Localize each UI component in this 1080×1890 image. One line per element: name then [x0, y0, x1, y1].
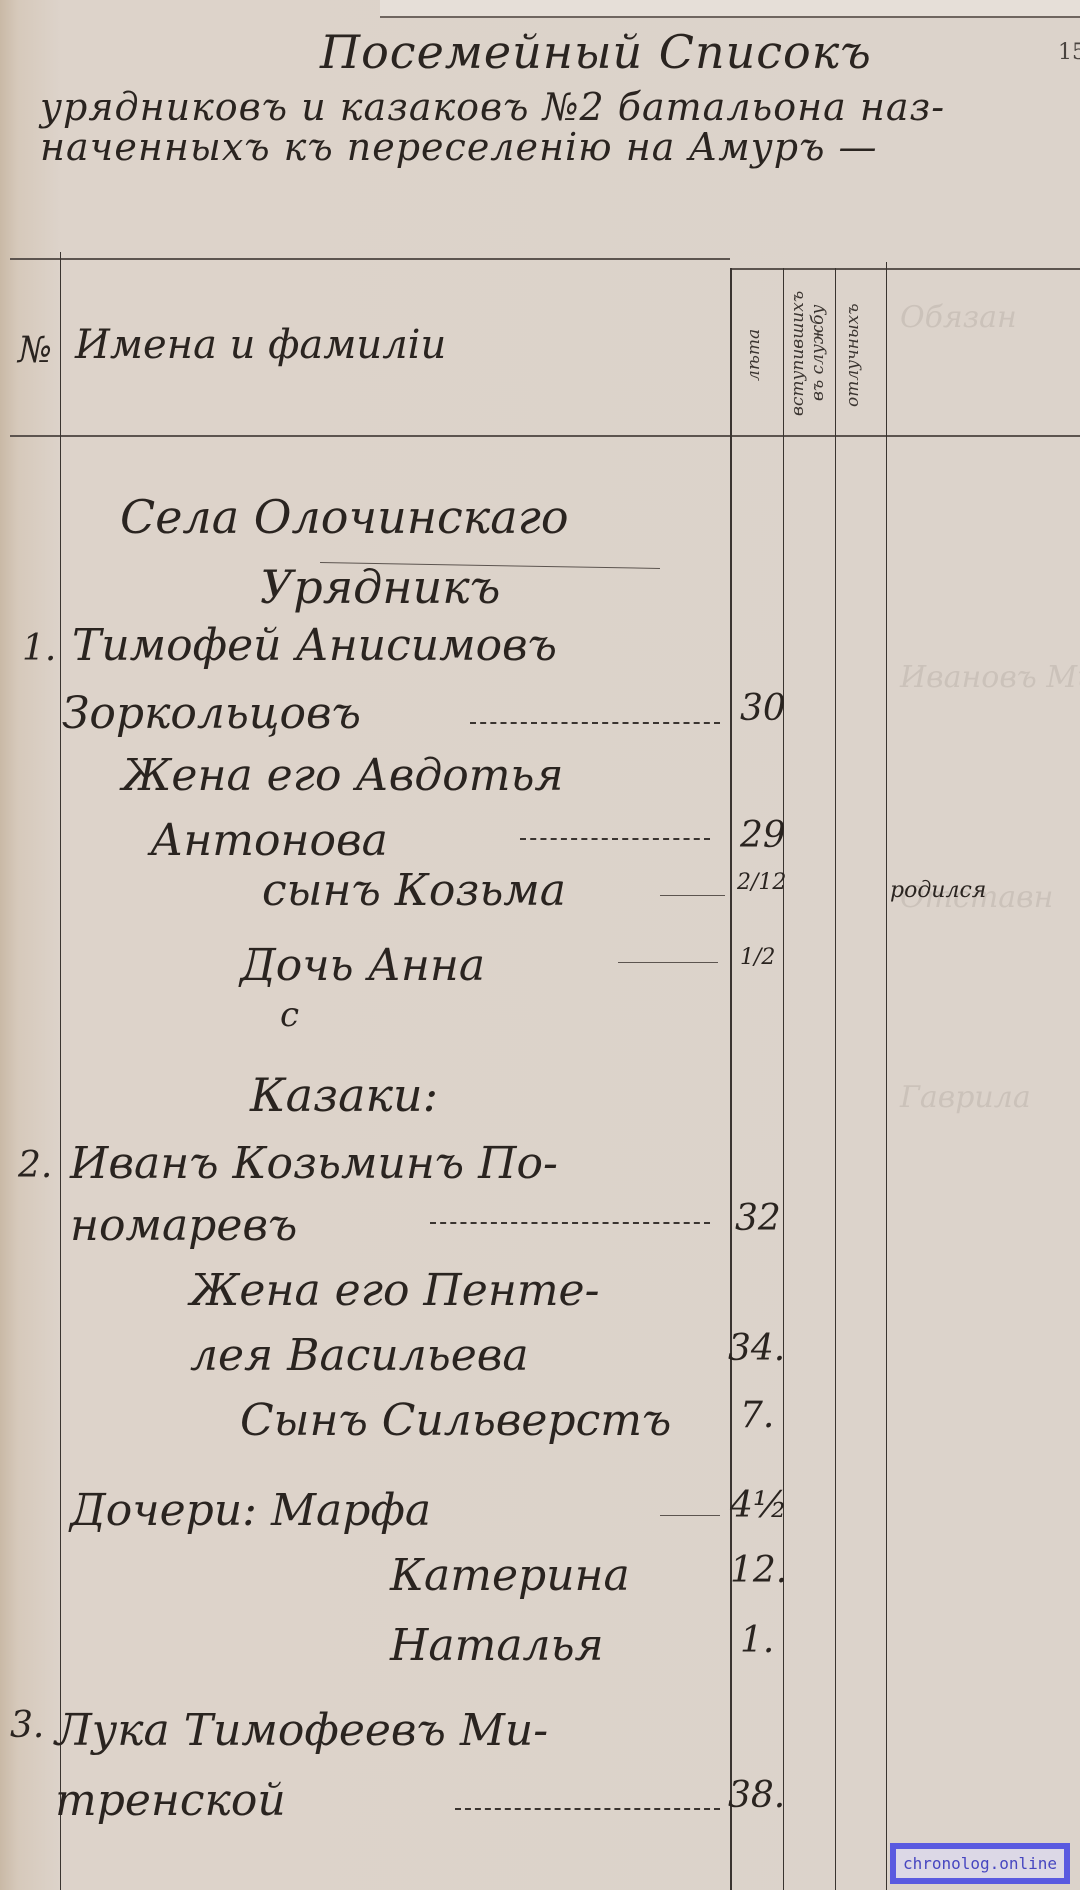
leader-dash	[455, 1808, 720, 1810]
leader-dash	[470, 722, 720, 724]
watermark-badge: chronolog.online	[890, 1843, 1070, 1884]
person-name: Дочь Анна	[240, 940, 485, 991]
leader-line	[618, 962, 718, 963]
remark-born: родился	[890, 878, 986, 903]
person-name: сынъ Козьма	[262, 865, 566, 916]
table-top-rule	[10, 258, 730, 260]
person-name: Лука Тимофеевъ Ми-	[55, 1705, 548, 1756]
age-value: 4½	[730, 1485, 788, 1526]
leader-dash	[520, 838, 710, 840]
section-cossacks: Казаки:	[250, 1068, 438, 1122]
section-village: Села Олочинскаго	[120, 490, 569, 544]
age-value: 12.	[730, 1550, 787, 1591]
person-surname: номаревъ	[70, 1200, 297, 1251]
age-value: 32	[735, 1198, 781, 1239]
person-surname: Зоркольцовъ	[62, 688, 361, 739]
person-name: Сынъ Сильверстъ	[240, 1395, 671, 1446]
number-column-rule	[60, 252, 61, 1890]
age-value: 1.	[740, 1620, 774, 1661]
document-title-line2: урядниковъ и казаковъ №2 батальона наз-	[40, 85, 945, 129]
leader-line	[660, 895, 725, 896]
person-name: Жена его Пенте-	[190, 1265, 599, 1316]
remarks-column-left-rule	[886, 262, 887, 1890]
bleed-through-text: Обязан	[900, 300, 1017, 335]
age-value: 7.	[740, 1395, 774, 1436]
absent-column-left-rule	[835, 268, 836, 1890]
bleed-through-text: Гаврила	[900, 1080, 1031, 1115]
section-sergeant: Урядникъ	[260, 560, 500, 614]
age-value: 34.	[728, 1328, 785, 1369]
age-value: 2/12	[737, 870, 786, 895]
row-number: 1.	[22, 628, 56, 669]
watermark-text: chronolog.online	[896, 1849, 1064, 1878]
person-name: Дочери: Марфа	[70, 1485, 431, 1536]
age-column-left-rule	[730, 268, 732, 1890]
section-with: с	[280, 995, 299, 1035]
leader-dash	[430, 1222, 710, 1224]
age-value: 38.	[728, 1775, 785, 1816]
document-title-line3: наченныхъ къ переселенію на Амуръ —	[40, 125, 878, 169]
header-age: лѣта	[744, 285, 764, 425]
person-name: Иванъ Козьминъ По-	[70, 1138, 558, 1189]
person-surname: лея Васильева	[190, 1330, 529, 1381]
row-number: 3.	[10, 1705, 44, 1746]
page-number: 15	[1058, 40, 1080, 65]
person-name: Катерина	[390, 1550, 630, 1601]
person-surname: Антонова	[150, 815, 388, 866]
document-title: Посемейный Списокъ	[320, 25, 872, 79]
person-name: Жена его Авдотья	[122, 750, 564, 801]
row-number: 2.	[18, 1145, 52, 1186]
header-names: Имена и фамиліи	[75, 322, 446, 368]
header-absent: отлучныхъ	[843, 285, 879, 425]
bleed-through-text: Ивановъ Ми	[900, 660, 1080, 695]
person-name: Тимофей Анисимовъ	[72, 620, 557, 671]
leader-line	[660, 1515, 720, 1516]
person-name: Наталья	[390, 1620, 604, 1671]
header-bottom-rule	[10, 435, 1080, 437]
header-number: №	[18, 330, 52, 371]
page-top-edge	[380, 0, 1080, 18]
age-value: 29	[740, 815, 786, 856]
person-surname: тренской	[55, 1775, 286, 1826]
age-value: 30	[740, 688, 786, 729]
header-service: вступившихъ въ службу	[788, 278, 832, 428]
service-column-left-rule	[783, 268, 784, 1890]
age-value: 1/2	[740, 945, 775, 970]
